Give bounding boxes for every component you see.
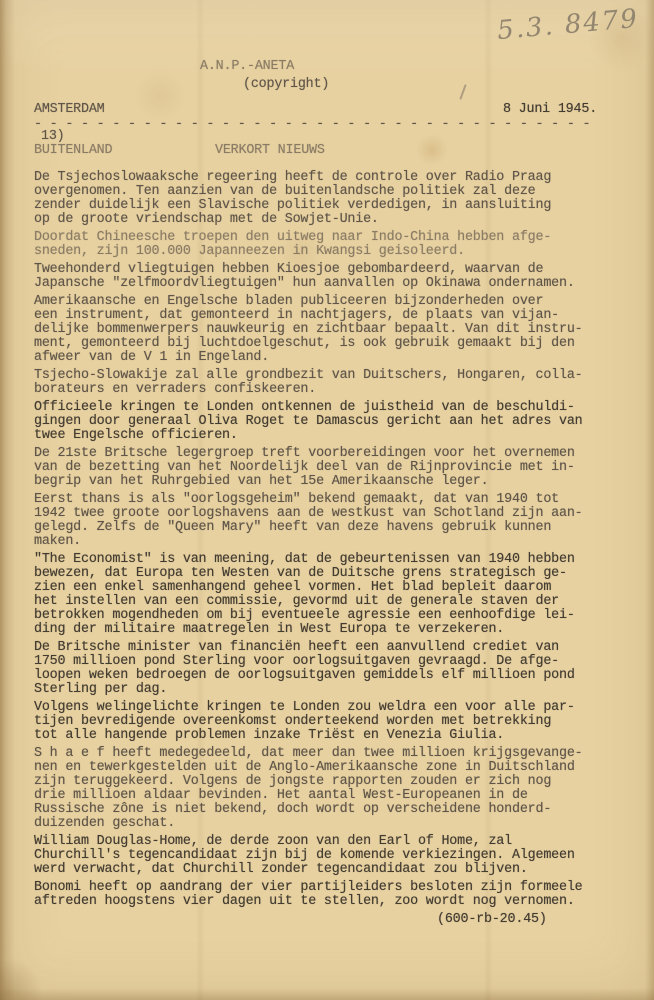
news-paragraph: "The Economist" is van meening, dat de g… — [34, 553, 634, 637]
dashed-separator: - - - - - - - - - - - - - - - - - - - - … — [34, 117, 590, 132]
news-paragraph: S h a e f heeft medegedeeld, dat meer da… — [34, 747, 634, 831]
news-paragraph: Tweehonderd vliegtuigen hebben Kioesjoe … — [34, 263, 634, 291]
bulletin-title: VERKORT NIEUWS — [215, 144, 325, 158]
sign-off-code: (600-rb-20.45) — [437, 913, 634, 927]
news-paragraph: Amerikaansche en Engelsche bladen public… — [34, 295, 634, 365]
news-paragraph: Doordat Chineesche troepen den uitweg na… — [34, 231, 634, 259]
copyright-line: (copyright) — [243, 78, 329, 92]
pencil-slash-mark — [459, 84, 466, 100]
news-paragraph: Eerst thans is als "oorlogsgeheim" beken… — [34, 493, 634, 549]
news-paragraph: Bonomi heeft op aandrang der vier partij… — [34, 881, 634, 909]
dateline-city: AMSTERDAM — [34, 103, 105, 117]
section-label: BUITENLAND — [34, 144, 112, 158]
pencil-archive-number: 5.3. 8479 — [496, 4, 640, 46]
item-number: 13) — [41, 130, 65, 144]
news-paragraph: Volgens welingelichte kringen te Londen … — [34, 701, 634, 743]
news-paragraph: Tsjecho-Slowakije zal alle grondbezit va… — [34, 369, 634, 397]
news-paragraph: De 21ste Britsche legergroep treft voorb… — [34, 447, 634, 489]
news-paragraph: De Britsche minister van financiën heeft… — [34, 641, 634, 697]
news-paragraph: De Tsjechoslowaaksche regeering heeft de… — [34, 171, 634, 227]
news-paragraph: William Douglas-Home, de derde zoon van … — [34, 835, 634, 877]
news-paragraph: Officieele kringen te Londen ontkennen d… — [34, 401, 634, 443]
dateline-date: 8 Juni 1945. — [503, 103, 597, 117]
bulletin-body: De Tsjechoslowaaksche regeering heeft de… — [34, 171, 634, 927]
agency-name: A.N.P.-ANETA — [200, 60, 294, 74]
page-scan: 5.3. 8479 A.N.P.-ANETA (copyright) AMSTE… — [0, 0, 654, 1000]
